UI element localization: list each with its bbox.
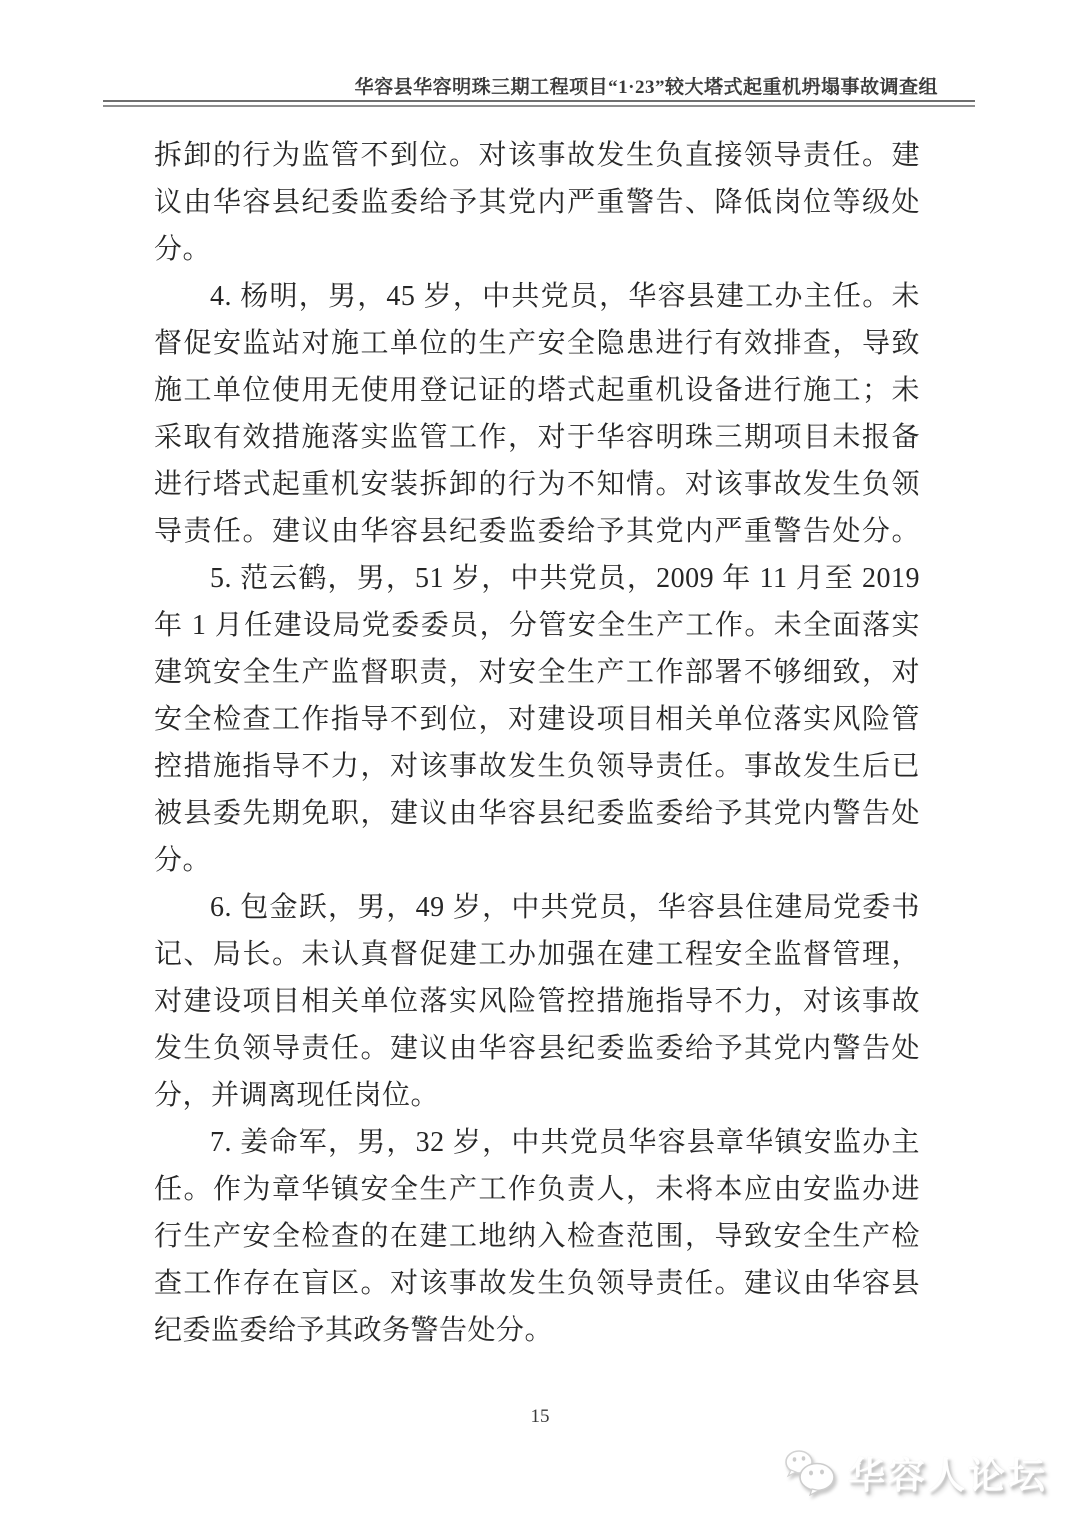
wechat-chat-bubbles-icon (784, 1448, 838, 1496)
text-line: 任。作为章华镇安全生产工作负责人，未将本应由安监办进 (154, 1166, 920, 1213)
text-line: 建筑安全生产监督职责，对安全生产工作部署不够细致，对 (154, 649, 920, 696)
text-line: 纪委监委给予其政务警告处分。 (154, 1307, 920, 1354)
text-line: 发生负领导责任。建议由华容县纪委监委给予其党内警告处 (154, 1025, 920, 1072)
text-line: 分，并调离现任岗位。 (154, 1072, 920, 1119)
text-line: 施工单位使用无使用登记证的塔式起重机设备进行施工；未 (154, 367, 920, 414)
text-line: 议由华容县纪委监委给予其党内严重警告、降低岗位等级处 (154, 179, 920, 226)
text-line: 对建设项目相关单位落实风险管控措施指导不力，对该事故 (154, 978, 920, 1025)
text-line: 安全检查工作指导不到位，对建设项目相关单位落实风险管 (154, 696, 920, 743)
text-line: 被县委先期免职，建议由华容县纪委监委给予其党内警告处 (154, 790, 920, 837)
text-line: 记、局长。未认真督促建工办加强在建工程安全监督管理， (154, 931, 920, 978)
text-line: 4. 杨明，男，45 岁，中共党员，华容县建工办主任。未 (154, 273, 920, 320)
text-line: 5. 范云鹤，男，51 岁，中共党员，2009 年 11 月至 2019 (154, 555, 920, 602)
watermark-text: 华容人论坛 (848, 1445, 1048, 1499)
text-line: 进行塔式起重机安装拆卸的行为不知情。对该事故发生负领 (154, 461, 920, 508)
text-line: 采取有效措施落实监管工作，对于华容明珠三期项目未报备 (154, 414, 920, 461)
text-line: 年 1 月任建设局党委委员，分管安全生产工作。未全面落实 (154, 602, 920, 649)
document-page: 华容县华容明珠三期工程项目“1·23”较大塔式起重机坍塌事故调查组 拆卸的行为监… (0, 0, 1080, 1527)
text-line: 导责任。建议由华容县纪委监委给予其党内严重警告处分。 (154, 508, 920, 555)
header-rule (103, 100, 975, 107)
text-line: 拆卸的行为监管不到位。对该事故发生负直接领导责任。建 (154, 132, 920, 179)
text-line: 督促安监站对施工单位的生产安全隐患进行有效排查，导致 (154, 320, 920, 367)
text-line: 控措施指导不力，对该事故发生负领导责任。事故发生后已 (154, 743, 920, 790)
text-line: 7. 姜命军，男，32 岁，中共党员华容县章华镇安监办主 (154, 1119, 920, 1166)
text-line: 分。 (154, 837, 920, 884)
text-line: 行生产安全检查的在建工地纳入检查范围，导致安全生产检 (154, 1213, 920, 1260)
page-number: 15 (0, 1406, 1080, 1428)
watermark: 华容人论坛 (784, 1445, 1048, 1499)
text-line: 6. 包金跃，男，49 岁，中共党员，华容县住建局党委书 (154, 884, 920, 931)
document-body: 拆卸的行为监管不到位。对该事故发生负直接领导责任。建 议由华容县纪委监委给予其党… (154, 132, 920, 1354)
text-line: 分。 (154, 226, 920, 273)
text-line: 查工作存在盲区。对该事故发生负领导责任。建议由华容县 (154, 1260, 920, 1307)
page-header-title: 华容县华容明珠三期工程项目“1·23”较大塔式起重机坍塌事故调查组 (355, 72, 938, 99)
